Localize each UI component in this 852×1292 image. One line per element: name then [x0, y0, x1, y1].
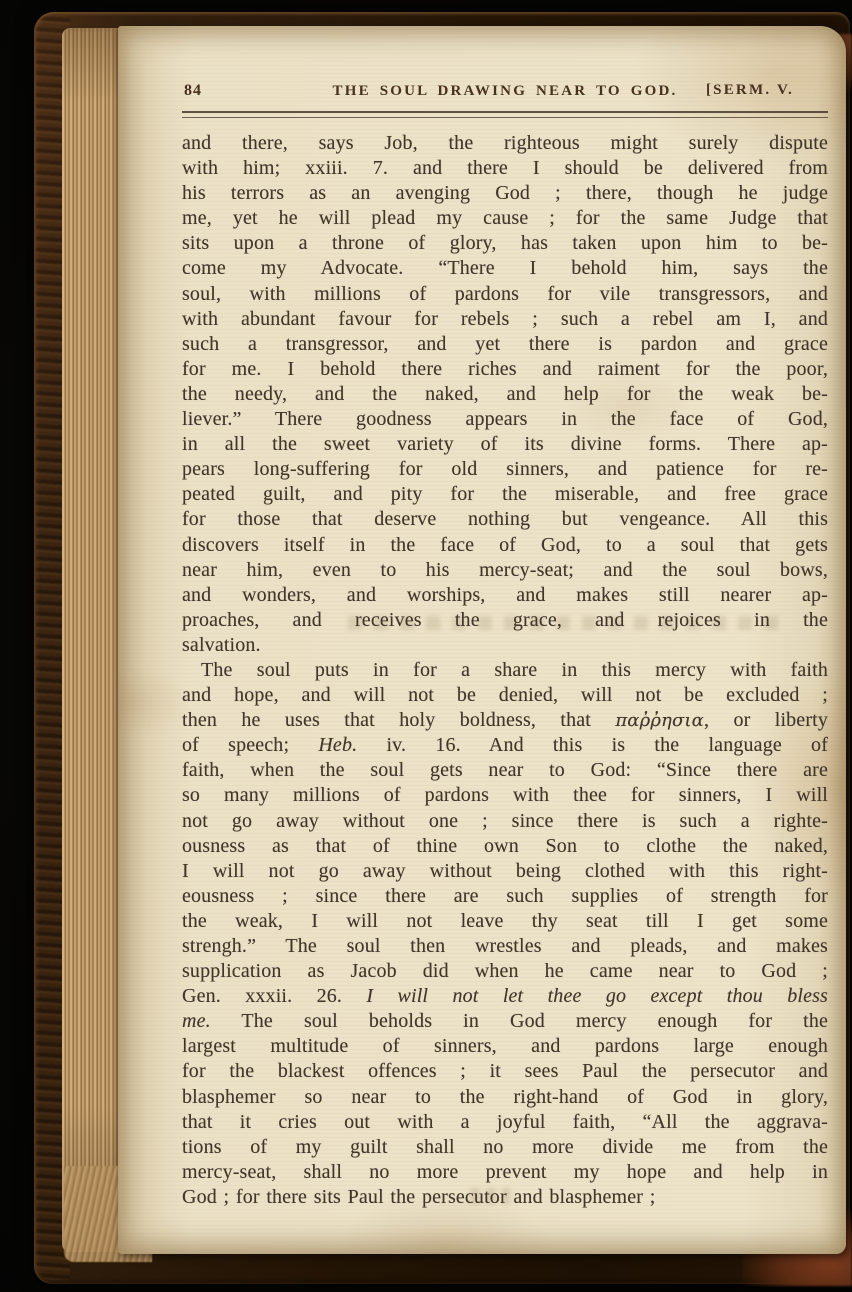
text-line: and there, says Job, the righteous might… [182, 131, 828, 156]
text-line: blasphemer so near to the right-hand of … [182, 1085, 828, 1110]
text-line: largest multitude of sinners, and pardon… [182, 1034, 828, 1059]
text-line: salvation. [182, 633, 828, 658]
book-photograph: 84 THE SOUL DRAWING NEAR TO GOD. [SERM. … [0, 0, 852, 1292]
greek-term: παῤῤησια [615, 710, 704, 731]
text-line: faith, when the soul gets near to God: “… [182, 758, 828, 783]
text-line: soul, with millions of pardons for vile … [182, 282, 828, 307]
text-line: and hope, and will not be denied, will n… [182, 683, 828, 708]
text-line: near him, even to his mercy-seat; and th… [182, 558, 828, 583]
running-head: 84 THE SOUL DRAWING NEAR TO GOD. [SERM. … [182, 82, 828, 104]
text-line: proaches, and receives the grace, and re… [182, 608, 828, 633]
text-line: me, yet he will plead my cause ; for the… [182, 206, 828, 231]
text-line: peated guilt, and pity for the miserable… [182, 482, 828, 507]
text-line: the weak, I will not leave thy seat till… [182, 909, 828, 934]
text-line: strengh.” The soul then wrestles and ple… [182, 934, 828, 959]
text-line: for those that deserve nothing but venge… [182, 507, 828, 532]
text-line: of speech; Heb. iv. 16. And this is the … [182, 733, 828, 758]
body-text: and there, says Job, the righteous might… [182, 131, 828, 1210]
text-line: liever.” There goodness appears in the f… [182, 407, 828, 432]
text-line: not go away without one ; since there is… [182, 809, 828, 834]
header-rule [182, 111, 828, 118]
text-line: such a transgressor, and yet there is pa… [182, 332, 828, 357]
text-line: for me. I behold there riches and raimen… [182, 357, 828, 382]
text-line: discovers itself in the face of God, to … [182, 533, 828, 558]
text-line: The soul puts in for a share in this mer… [182, 658, 828, 683]
text-line: and wonders, and worships, and makes sti… [182, 583, 828, 608]
text-line: so many millions of pardons with thee fo… [182, 783, 828, 808]
text-line: ousness as that of thine own Son to clot… [182, 834, 828, 859]
text-line: Gen. xxxii. 26. I will not let thee go e… [182, 984, 828, 1009]
text-line: the needy, and the naked, and help for t… [182, 382, 828, 407]
text-line: God ; for there sits Paul the persecutor… [182, 1185, 828, 1210]
text-line: pears long-suffering for old sinners, an… [182, 457, 828, 482]
text-line: I will not go away without being clothed… [182, 859, 828, 884]
text-line: in all the sweet variety of its divine f… [182, 432, 828, 457]
text-line: supplication as Jacob did when he came n… [182, 959, 828, 984]
running-head-section: [SERM. V. [706, 82, 794, 99]
book-page: 84 THE SOUL DRAWING NEAR TO GOD. [SERM. … [118, 26, 846, 1254]
page-content: 84 THE SOUL DRAWING NEAR TO GOD. [SERM. … [118, 26, 846, 1254]
text-line: mercy-seat, shall no more prevent my hop… [182, 1160, 828, 1185]
text-line: with him; xxiii. 7. and there I should b… [182, 156, 828, 181]
text-line: that it cries out with a joyful faith, “… [182, 1110, 828, 1135]
text-line: sits upon a throne of glory, has taken u… [182, 231, 828, 256]
text-line: for the blackest offences ; it sees Paul… [182, 1059, 828, 1084]
text-line: eousness ; since there are such supplies… [182, 884, 828, 909]
text-line: come my Advocate. “There I behold him, s… [182, 256, 828, 281]
text-line: me. The soul beholds in God mercy enough… [182, 1009, 828, 1034]
page-fore-edges [62, 28, 120, 1252]
text-line: tions of my guilt shall no more divide m… [182, 1135, 828, 1160]
text-line: his terrors as an avenging God ; there, … [182, 181, 828, 206]
text-line: then he uses that holy boldness, that πα… [182, 708, 828, 733]
text-line: with abundant favour for rebels ; such a… [182, 307, 828, 332]
